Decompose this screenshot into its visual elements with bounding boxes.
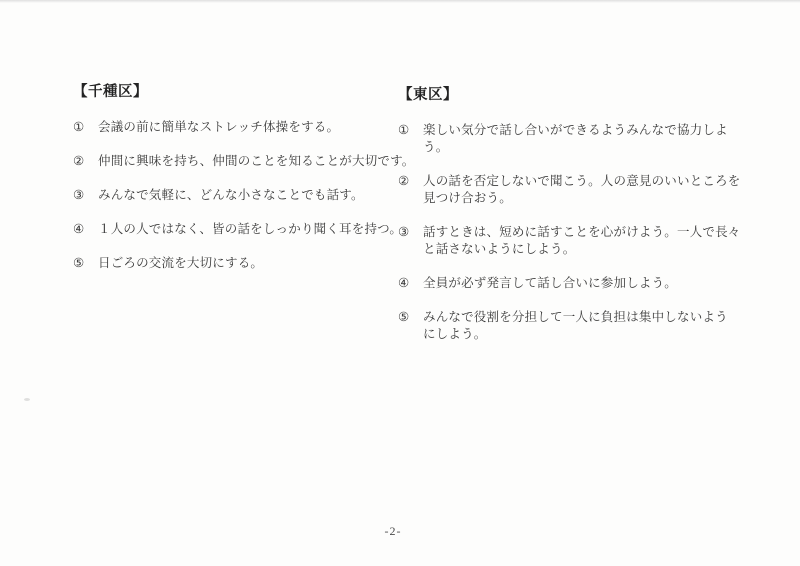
section-heading: 【千種区】 — [73, 84, 423, 100]
circled-number: ② — [398, 173, 423, 190]
scan-edge-artifact — [0, 0, 800, 3]
list-item: ③ みんなで気軽に、どんな小さなことでも話す。 — [73, 187, 423, 204]
list-item: ② 人の話を否定しないで聞こう。人の意見のいいところを 見つけ合おう。 — [398, 173, 746, 207]
scanned-document-page: 【千種区】 ① 会議の前に簡単なストレッチ体操をする。 ② 仲間に興味を持ち、仲… — [0, 0, 800, 566]
list-item: ④ １人の人ではなく、皆の話をしっかり聞く耳を持つ。 — [73, 221, 423, 238]
section-higashi-ku: 【東区】 ① 楽しい気分で話し合いができるようみんなで協力しよう。 ② 人の話を… — [398, 87, 746, 360]
circled-number: ① — [398, 122, 423, 139]
section-chikusa-ku: 【千種区】 ① 会議の前に簡単なストレッチ体操をする。 ② 仲間に興味を持ち、仲… — [73, 84, 423, 289]
item-text: 日ごろの交流を大切にする。 — [98, 255, 263, 272]
circled-number: ③ — [398, 224, 423, 241]
list-item: ⑤ 日ごろの交流を大切にする。 — [73, 255, 423, 272]
item-text: 会議の前に簡単なストレッチ体操をする。 — [98, 119, 339, 136]
circled-number: ⑤ — [73, 255, 98, 272]
item-text: 人の話を否定しないで聞こう。人の意見のいいところを 見つけ合おう。 — [423, 173, 741, 207]
list-item: ① 会議の前に簡単なストレッチ体操をする。 — [73, 119, 423, 136]
item-text: 話すときは、短めに話すことを心がけよう。一人で長々 と話さないようにしよう。 — [423, 224, 741, 258]
circled-number: ④ — [398, 275, 423, 292]
item-text: 仲間に興味を持ち、仲間のことを知ることが大切です。 — [98, 153, 415, 170]
item-text: １人の人ではなく、皆の話をしっかり聞く耳を持つ。 — [98, 221, 402, 238]
section-heading: 【東区】 — [398, 87, 746, 103]
item-text: 楽しい気分で話し合いができるようみんなで協力しよう。 — [423, 122, 746, 156]
list-item: ① 楽しい気分で話し合いができるようみんなで協力しよう。 — [398, 122, 746, 156]
list-item: ③ 話すときは、短めに話すことを心がけよう。一人で長々 と話さないようにしよう。 — [398, 224, 746, 258]
item-text: 全員が必ず発言して話し合いに参加しよう。 — [423, 275, 677, 292]
list-item: ⑤ みんなで役割を分担して一人に負担は集中しないよう にしよう。 — [398, 309, 746, 343]
item-text: みんなで役割を分担して一人に負担は集中しないよう にしよう。 — [423, 309, 728, 343]
circled-number: ② — [73, 153, 98, 170]
scan-speck-artifact — [24, 398, 30, 401]
circled-number: ⑤ — [398, 309, 423, 326]
list-item: ② 仲間に興味を持ち、仲間のことを知ることが大切です。 — [73, 153, 423, 170]
circled-number: ③ — [73, 187, 98, 204]
circled-number: ④ — [73, 221, 98, 238]
list-item: ④ 全員が必ず発言して話し合いに参加しよう。 — [398, 275, 746, 292]
item-text: みんなで気軽に、どんな小さなことでも話す。 — [98, 187, 364, 204]
circled-number: ① — [73, 119, 98, 136]
page-number: -2- — [0, 524, 786, 539]
